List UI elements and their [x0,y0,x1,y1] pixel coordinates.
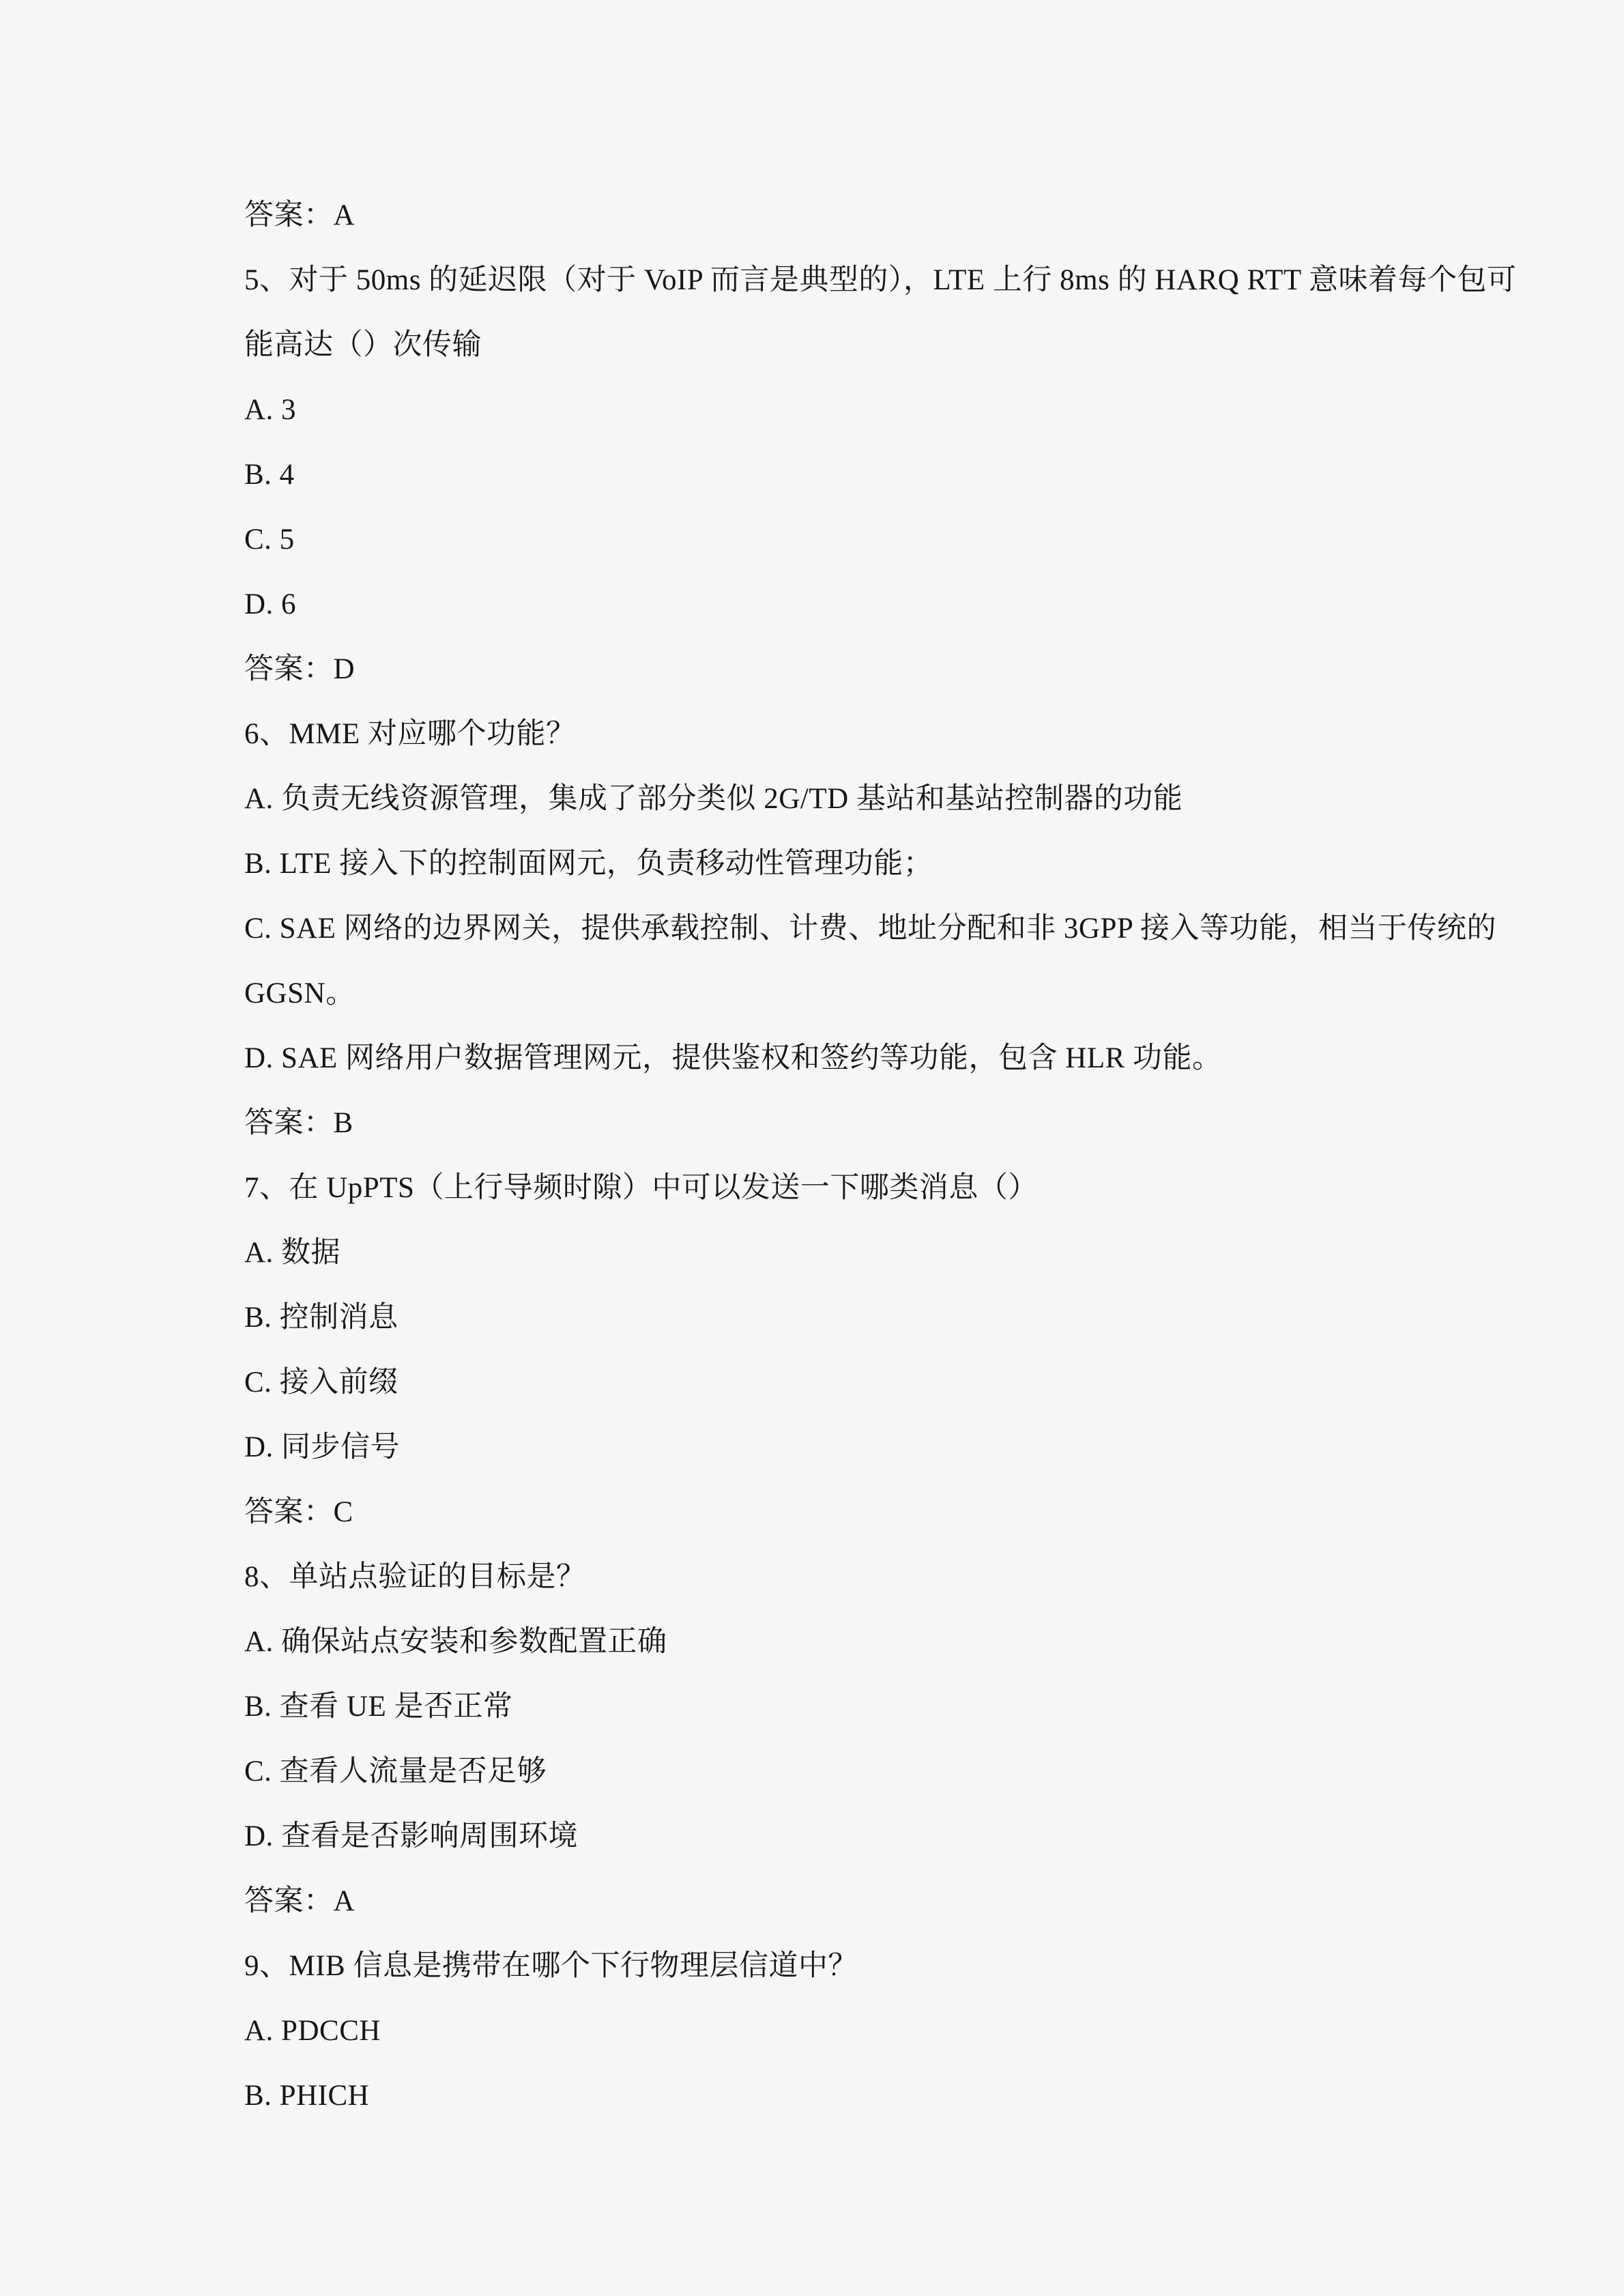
option-line: D. 查看是否影响周围环境 [244,1804,1419,1869]
option-line: A. 负责无线资源管理，集成了部分类似 2G/TD 基站和基站控制器的功能 [244,766,1419,831]
option-line: B. 4 [244,442,1419,507]
question-line: 6、MME 对应哪个功能？ [244,702,1419,766]
question-line: 9、MIB 信息是携带在哪个下行物理层信道中？ [244,1934,1419,1998]
option-line: B. LTE 接入下的控制面网元，负责移动性管理功能； [244,831,1419,896]
document-page: 答案：A5、对于 50ms 的延迟限（对于 VoIP 而言是典型的），LTE 上… [0,0,1624,2296]
continuation-line: GGSN。 [244,961,1419,1026]
option-line: B. 查看 UE 是否正常 [244,1674,1419,1739]
option-line: B. 控制消息 [244,1285,1419,1350]
answer-line: 答案：A [244,183,1419,248]
question-line: 8、单站点验证的目标是？ [244,1545,1419,1609]
option-line: A. 3 [244,377,1419,442]
option-line: A. PDCCH [244,1998,1419,2063]
continuation-line: 能高达（）次传输 [244,313,1419,377]
option-line: A. 数据 [244,1220,1419,1285]
question-line: 7、在 UpPTS（上行导频时隙）中可以发送一下哪类消息（） [244,1156,1419,1220]
option-line: D. 同步信号 [244,1415,1419,1480]
option-line: C. 5 [244,507,1419,572]
option-line: D. SAE 网络用户数据管理网元，提供鉴权和签约等功能，包含 HLR 功能。 [244,1026,1419,1091]
option-line: C. SAE 网络的边界网关，提供承载控制、计费、地址分配和非 3GPP 接入等… [244,896,1419,961]
option-line: B. PHICH [244,2063,1419,2128]
answer-line: 答案：C [244,1480,1419,1545]
document-text-block: 答案：A5、对于 50ms 的延迟限（对于 VoIP 而言是典型的），LTE 上… [244,183,1419,2128]
option-line: C. 查看人流量是否足够 [244,1739,1419,1804]
answer-line: 答案：B [244,1091,1419,1156]
answer-line: 答案：A [244,1869,1419,1934]
answer-line: 答案：D [244,637,1419,702]
option-line: D. 6 [244,572,1419,637]
option-line: A. 确保站点安装和参数配置正确 [244,1609,1419,1674]
option-line: C. 接入前缀 [244,1350,1419,1415]
question-line: 5、对于 50ms 的延迟限（对于 VoIP 而言是典型的），LTE 上行 8m… [244,248,1419,313]
